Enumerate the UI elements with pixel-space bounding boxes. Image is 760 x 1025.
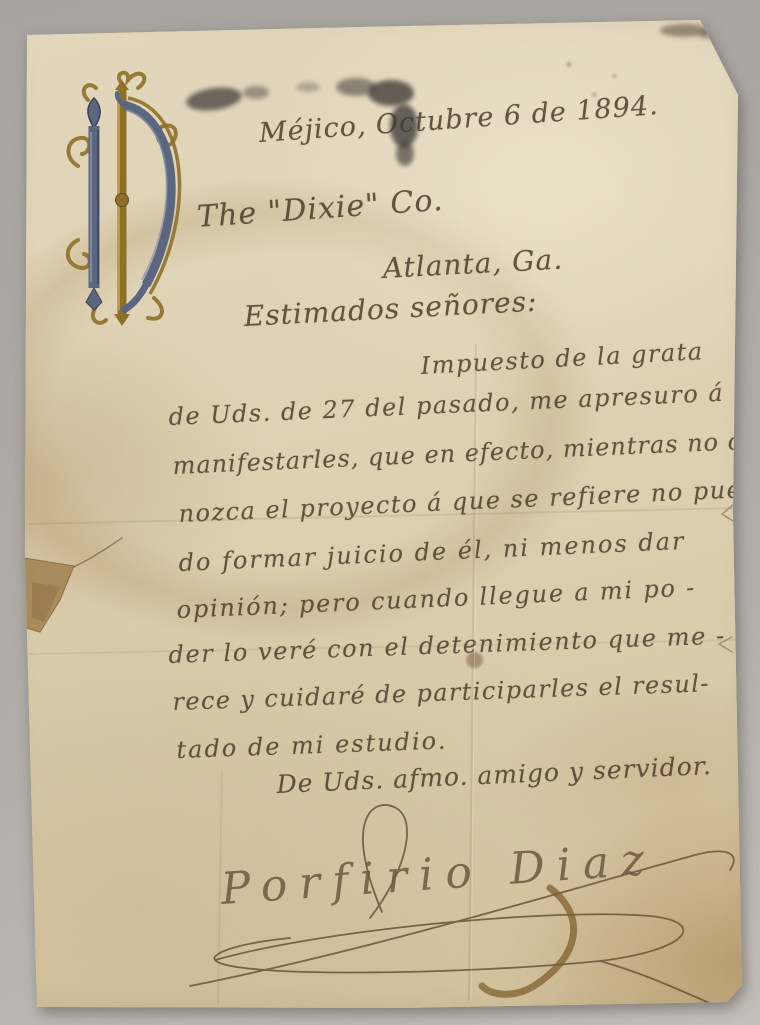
paper-damage-overlay [0,0,760,1025]
fold-crease [218,770,222,1002]
letter-paper: Méjico, Octubre 6 de 1894. The "Dixie" C… [0,0,760,1025]
fold-crease [30,640,738,654]
photo-backdrop: { "photo": { "backdrop_color": "#aca9a5"… [0,0,760,1025]
fold-crease [30,508,738,524]
paper-shadow: Méjico, Octubre 6 de 1894. The "Dixie" C… [0,0,760,1025]
